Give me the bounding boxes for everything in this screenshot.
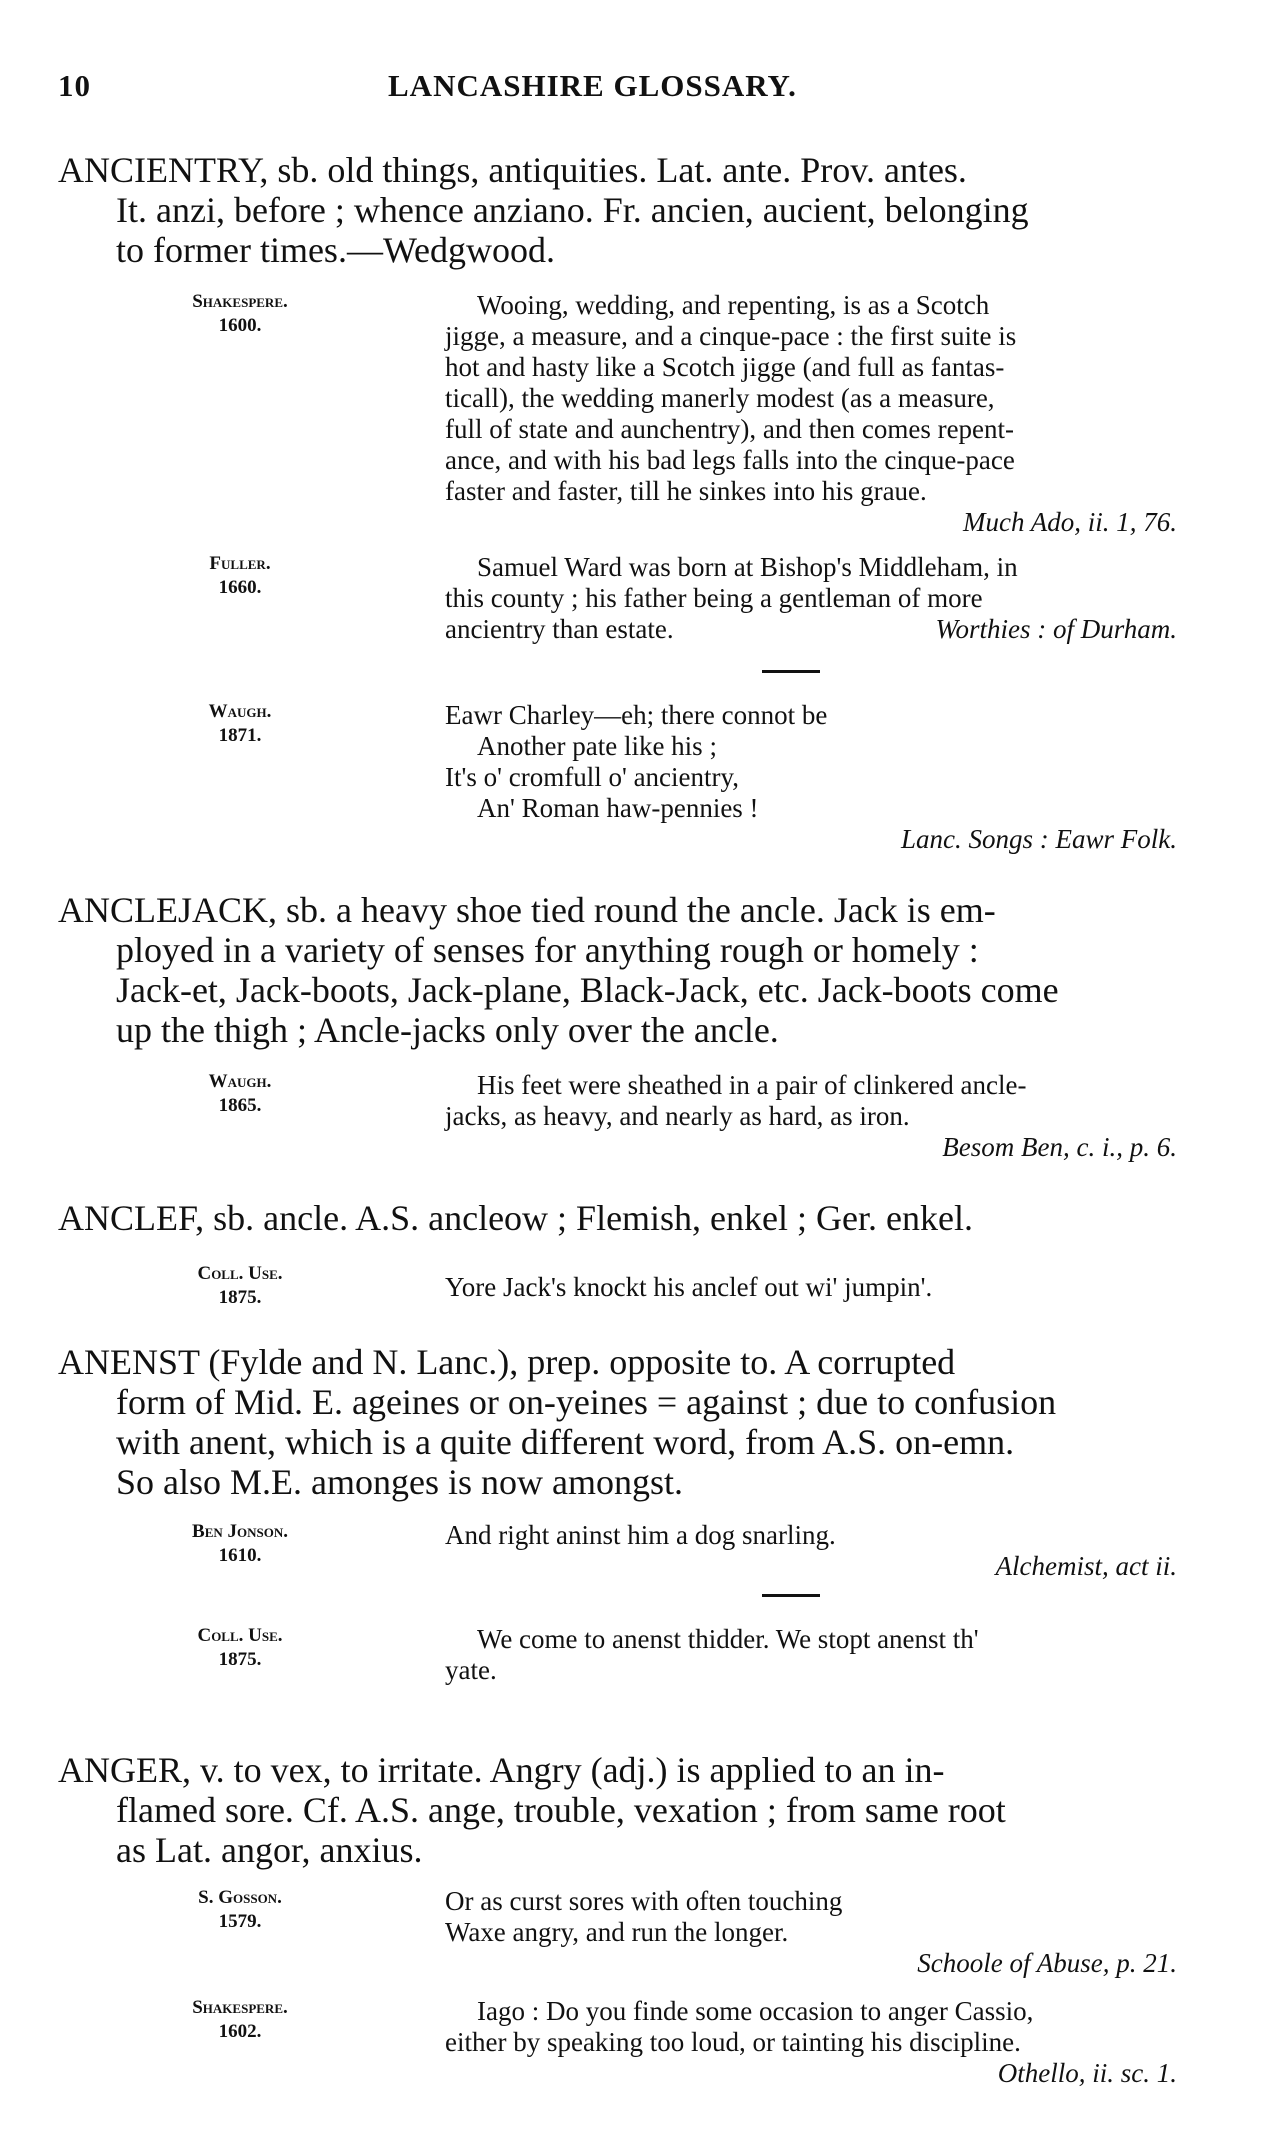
running-head: 10 LANCASHIRE GLOSSARY. bbox=[58, 68, 1178, 108]
citation-quote: Iago : Do you finde some occasion to ang… bbox=[445, 1996, 1187, 2089]
entry-ancientry: ANCIENTRY, sb. old things, antiquities. … bbox=[58, 150, 1186, 270]
citation-year: 1660. bbox=[150, 576, 330, 600]
citation-year: 1871. bbox=[150, 724, 330, 748]
citation-source: Worthies : of Durham. bbox=[935, 614, 1187, 645]
citation-author: Coll. Use. 1875. bbox=[150, 1624, 330, 1672]
citation-quote: Or as curst sores with often touching Wa… bbox=[445, 1886, 1187, 1979]
citation-author: Shakespere. 1602. bbox=[150, 1996, 330, 2044]
citation-quote: We come to anenst thidder. We stopt anen… bbox=[445, 1624, 1187, 1686]
entry-line: ANCIENTRY, sb. old things, antiquities. … bbox=[58, 150, 1186, 190]
divider-rule bbox=[762, 670, 820, 673]
citation-year: 1875. bbox=[150, 1286, 330, 1310]
entry-line: to former times.—Wedgwood. bbox=[58, 230, 1186, 270]
glossary-page: 10 LANCASHIRE GLOSSARY. ANCIENTRY, sb. o… bbox=[0, 0, 1261, 2138]
citation-quote: Samuel Ward was born at Bishop's Middleh… bbox=[445, 552, 1187, 645]
citation-source: Schoole of Abuse, p. 21. bbox=[445, 1948, 1187, 1979]
citation-author: Coll. Use. 1875. bbox=[150, 1262, 330, 1310]
citation-quote: And right aninst him a dog snarling. Alc… bbox=[445, 1520, 1187, 1582]
citation-author: Ben Jonson. 1610. bbox=[150, 1520, 330, 1568]
citation-author: S. Gosson. 1579. bbox=[150, 1886, 330, 1934]
citation-source: Othello, ii. sc. 1. bbox=[445, 2058, 1187, 2089]
entry-anenst: ANENST (Fylde and N. Lanc.), prep. oppos… bbox=[58, 1342, 1186, 1502]
citation-source: Alchemist, act ii. bbox=[445, 1551, 1187, 1582]
citation-year: 1579. bbox=[150, 1910, 330, 1934]
citation-author: Shakespere. 1600. bbox=[150, 290, 330, 338]
entry-anger: ANGER, v. to vex, to irritate. Angry (ad… bbox=[58, 1750, 1186, 1870]
entry-line: It. anzi, before ; whence anziano. Fr. a… bbox=[58, 190, 1186, 230]
citation-quote: Wooing, wedding, and repenting, is as a … bbox=[445, 290, 1187, 538]
citation-year: 1865. bbox=[150, 1094, 330, 1118]
citation-year: 1875. bbox=[150, 1648, 330, 1672]
page-title: LANCASHIRE GLOSSARY. bbox=[388, 68, 797, 104]
citation-source: Besom Ben, c. i., p. 6. bbox=[445, 1132, 1187, 1163]
citation-year: 1602. bbox=[150, 2020, 330, 2044]
citation-quote: His feet were sheathed in a pair of clin… bbox=[445, 1070, 1187, 1163]
citation-year: 1610. bbox=[150, 1544, 330, 1568]
citation-quote: Eawr Charley—eh; there connot be Another… bbox=[445, 700, 1187, 855]
divider-rule bbox=[762, 1594, 820, 1597]
citation-author: Waugh. 1865. bbox=[150, 1070, 330, 1118]
entry-anclef: ANCLEF, sb. ancle. A.S. ancleow ; Flemis… bbox=[58, 1198, 1186, 1238]
citation-author: Fuller. 1660. bbox=[150, 552, 330, 600]
page-number: 10 bbox=[58, 68, 91, 104]
citation-author: Waugh. 1871. bbox=[150, 700, 330, 748]
citation-source: Much Ado, ii. 1, 76. bbox=[445, 507, 1187, 538]
citation-quote: Yore Jack's knockt his anclef out wi' ju… bbox=[445, 1272, 1187, 1303]
citation-year: 1600. bbox=[150, 314, 330, 338]
citation-source: Lanc. Songs : Eawr Folk. bbox=[445, 824, 1187, 855]
entry-anclejack: ANCLEJACK, sb. a heavy shoe tied round t… bbox=[58, 890, 1186, 1050]
